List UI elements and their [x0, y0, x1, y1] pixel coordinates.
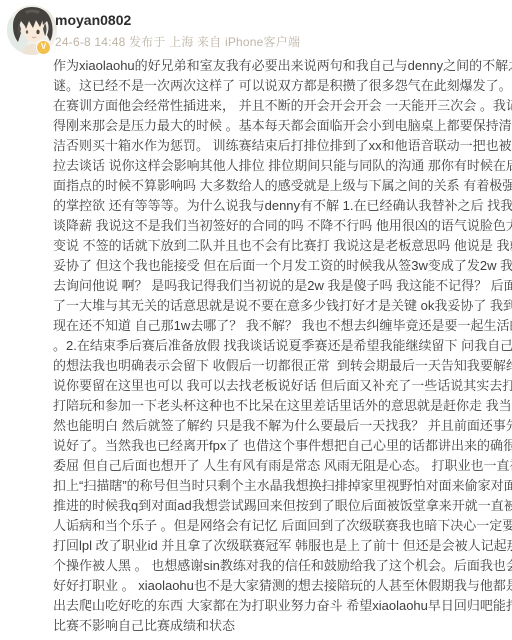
post-meta-timestamp-source: 24-6-8 14:48 发布于 上海 来自 iPhone客户端	[55, 33, 300, 50]
post-text-line: 推进的时候我q到对面ad我想尝试踢回来但按到了眼位后面被饭堂拿来开就一直被	[53, 496, 507, 516]
post-text-line: 说你要留在这里也可以 我可以去找老板说好话 但后面又补充了一些话说其实去打	[53, 376, 507, 396]
post-text-line: 打陪玩和参加一下老头杯这种也不比呆在这里差话里话外的意思就是赶你走 我当	[53, 396, 507, 416]
post-text-line: 妥协了 但这个我也能接受 但在后面一个月发工资的时候我从签3w变成了发2w 我	[53, 256, 507, 276]
post-text-line: 比赛不影响自己比赛成绩和状态	[53, 616, 507, 636]
post-text-line: 现在还不知道 自己那1w去哪了？ 我不解？ 我也不想去纠缠毕竟还是要一起生活的	[53, 316, 507, 336]
post-text-line: 然也能明白 然后就签了解约 只是我不解为什么要最后一天找我？ 并且前面还事先	[53, 416, 507, 436]
post-text-line: 洁否则买十箱水作为惩罚。 训练赛结束后打排位排到了xx和他语音联动一把也被	[53, 136, 507, 156]
post-text-line: 变说 不签的话就下放到二队并且也不会有比赛打 我说这是老板意思吗 他说是 我就	[53, 236, 507, 256]
post-text-line: 。2.在结束季后赛后准备放假 找我谈话说夏季赛还是希望我能继续留下 问我自己	[53, 336, 507, 356]
post-text-line: 作为xiaolaohu的好兄弟和室友我有必要出来说两句和我自己与denny之间的…	[53, 56, 507, 76]
post-text-line: 谜。这已经不是一次两次这样了 可以说双方都是积攒了很多怨气在此刻爆发了。	[53, 76, 507, 96]
post-text-line: 出去爬山吃好吃的东西 大家都在为打职业努力奋斗 希望xiaolaohu早日回归吧…	[53, 596, 507, 616]
post-text-line: 的想法我也明确表示会留下 收假后一切都很正常 到转会期最后一天告知我要解约	[53, 356, 507, 376]
post-text: 作为xiaolaohu的好兄弟和室友我有必要出来说两句和我自己与denny之间的…	[53, 56, 507, 636]
post-text-line: 去询问他说 啊？ 是吗我记得我们当初说的是2w 我是傻子吗 我这能不记得？ 后面…	[53, 276, 507, 296]
post-text-line: 谈降薪 我说这不是我们当初签好的合同的吗 不降不行吗 他用很凶的语气说脸色大	[53, 216, 507, 236]
verified-v-badge-icon: V	[36, 40, 51, 55]
post-text-line: 的掌控欲 还有等等等。为什么说我与denny有不解 1.在已经确认我替补之后 找…	[53, 196, 507, 216]
post-text-line: 打回lpl 改了职业id 并且拿了次级联赛冠军 韩服也是上了前十 但还是会被人记…	[53, 536, 507, 556]
post-text-line: 得刚来那会是压力最大的时候 。基本每天都会面临开会小到电脑桌上都要保持清	[53, 116, 507, 136]
post-text-line: 说好了。当然我也已经离开fpx了 也借这个事件想把自己心里的话都讲出来的确很	[53, 436, 507, 456]
post-text-line: 拉去谈话 说你这样会影响其他人排位 排位期间只能与同队的沟通 那你有时候在后	[53, 156, 507, 176]
post-text-line: 扣上“扫描瞎”的称号但当时只剩个主水晶我想换扫排掉家里视野怕对面来偷家对面	[53, 476, 507, 496]
post-text-line: 面指点的时候不算影响吗 大多数给人的感受就是上级与下属之间的关系 有着极强	[53, 176, 507, 196]
post-text-line: 在赛训方面他会经常性插进来， 并且不断的开会开会开会 一天能开三次会 。我记	[53, 96, 507, 116]
post-text-line: 个操作被人黑 。 也想感谢sin教练对我的信任和鼓励给我了这个机会。后面我也会	[53, 556, 507, 576]
username[interactable]: moyan0802	[55, 12, 131, 28]
post-text-line: 委屈 但自己后面也想开了 人生有风有雨是常态 风雨无阻是心态。 打职业也一直被	[53, 456, 507, 476]
post-text-line: 好好打职业 。 xiaolaohu也不是大家猜测的想去接陪玩的人甚至休假期我与他…	[53, 576, 507, 596]
post-text-line: 人诟病和当个乐子 。但是网络会有记忆 后面回到了次级联赛我也暗下决心一定要	[53, 516, 507, 536]
post-text-line: 了一大堆与其无关的话意思就是说不要在意多少钱打好才是关键 ok我妥协了 我到	[53, 296, 507, 316]
